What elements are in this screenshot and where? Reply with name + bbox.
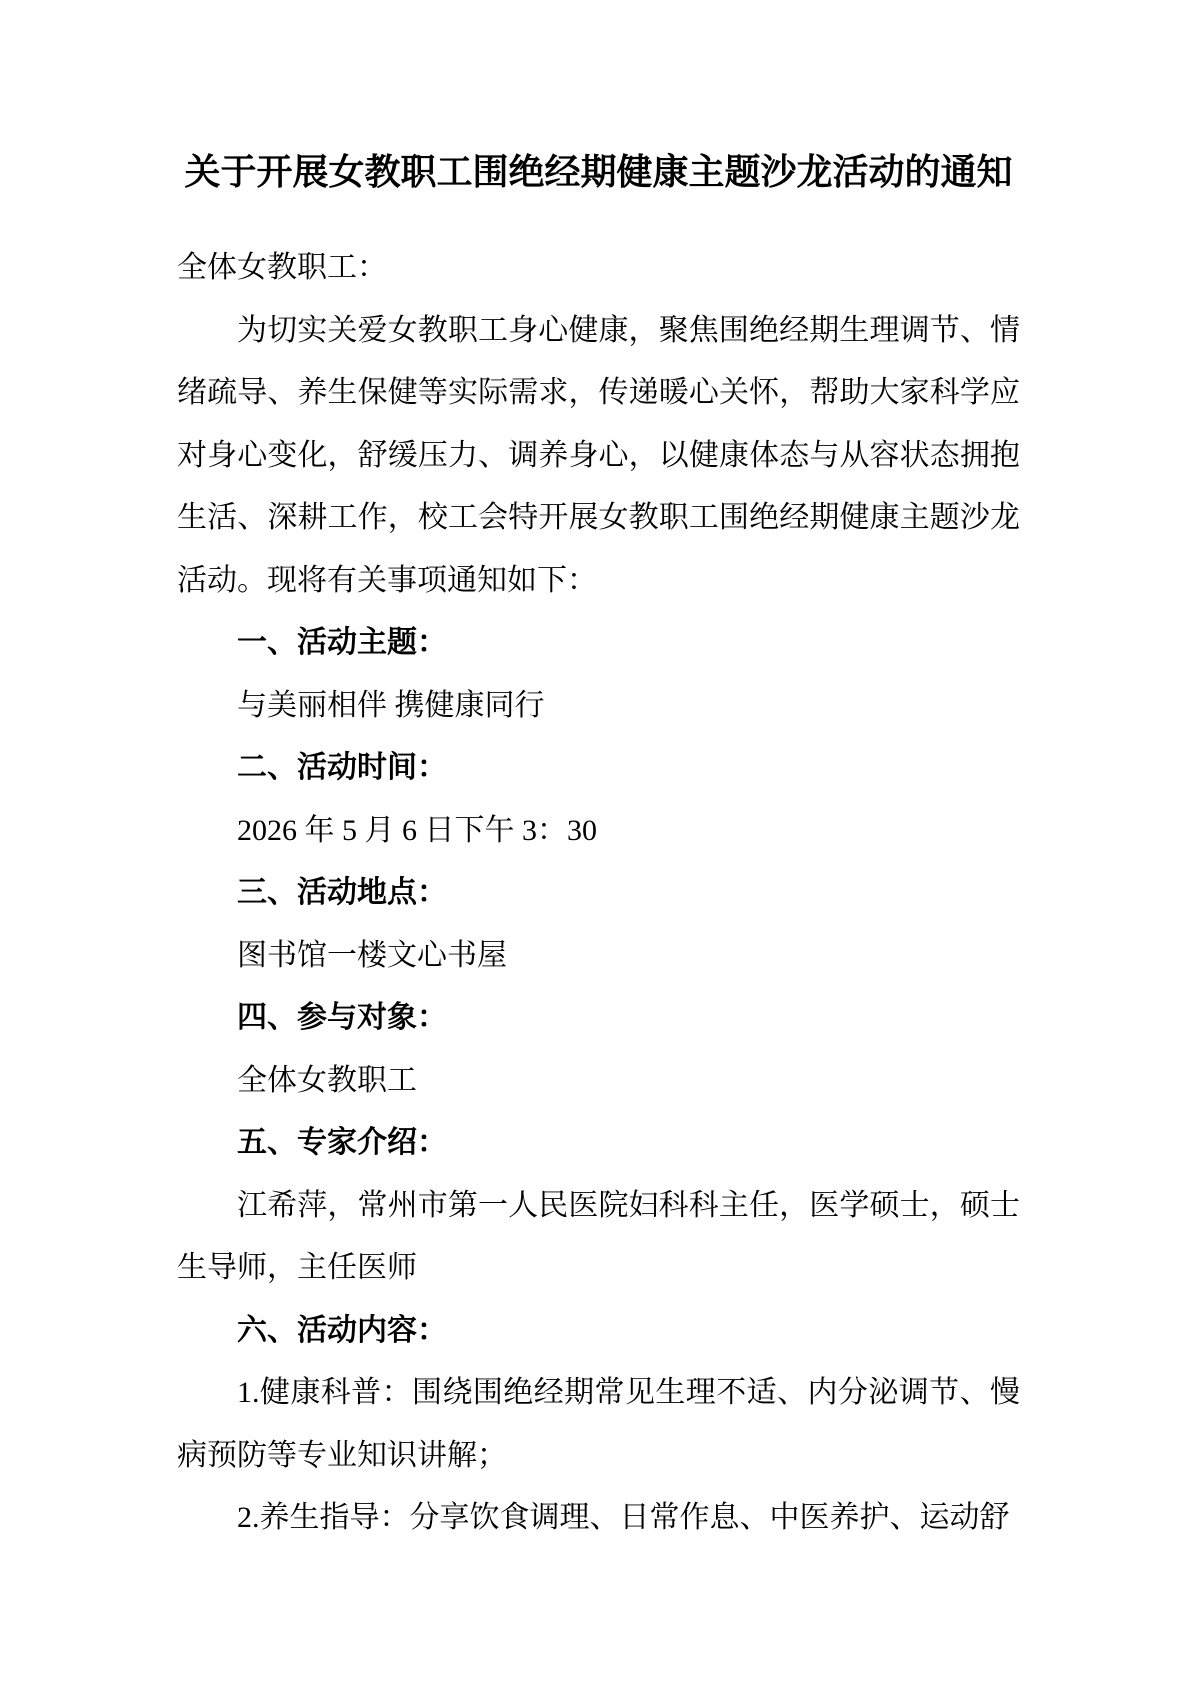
document-page: 关于开展女教职工围绝经期健康主题沙龙活动的通知 全体女教职工： 为切实关爱女教职… — [0, 0, 1191, 1684]
heading-participants: 四、参与对象： — [177, 987, 1020, 1050]
paragraph-expert-introduction: 江希萍，常州市第一人民医院妇科科主任，医学硕士，硕士生导师，主任医师 — [177, 1175, 1020, 1300]
document-body: 全体女教职工： 为切实关爱女教职工身心健康，聚焦围绝经期生理调节、情绪疏导、养生… — [177, 237, 1020, 1550]
heading-activity-theme: 一、活动主题： — [177, 612, 1020, 675]
heading-expert-introduction: 五、专家介绍： — [177, 1112, 1020, 1175]
paragraph-activity-time: 2026 年 5 月 6 日下午 3：30 — [177, 800, 1020, 863]
intro-paragraph: 为切实关爱女教职工身心健康，聚焦围绝经期生理调节、情绪疏导、养生保健等实际需求，… — [177, 300, 1020, 613]
salutation: 全体女教职工： — [177, 237, 1020, 300]
heading-activity-content: 六、活动内容： — [177, 1300, 1020, 1363]
paragraph-activity-theme: 与美丽相伴 携健康同行 — [177, 675, 1020, 738]
document-title: 关于开展女教职工围绝经期健康主题沙龙活动的通知 — [177, 140, 1020, 204]
paragraph-activity-content-item-1: 1.健康科普：围绕围绝经期常见生理不适、内分泌调节、慢病预防等专业知识讲解； — [177, 1362, 1020, 1487]
paragraph-participants: 全体女教职工 — [177, 1050, 1020, 1113]
paragraph-activity-content-item-2: 2.养生指导：分享饮食调理、日常作息、中医养护、运动舒 — [177, 1487, 1020, 1550]
heading-activity-time: 二、活动时间： — [177, 737, 1020, 800]
paragraph-activity-location: 图书馆一楼文心书屋 — [177, 925, 1020, 988]
heading-activity-location: 三、活动地点： — [177, 862, 1020, 925]
